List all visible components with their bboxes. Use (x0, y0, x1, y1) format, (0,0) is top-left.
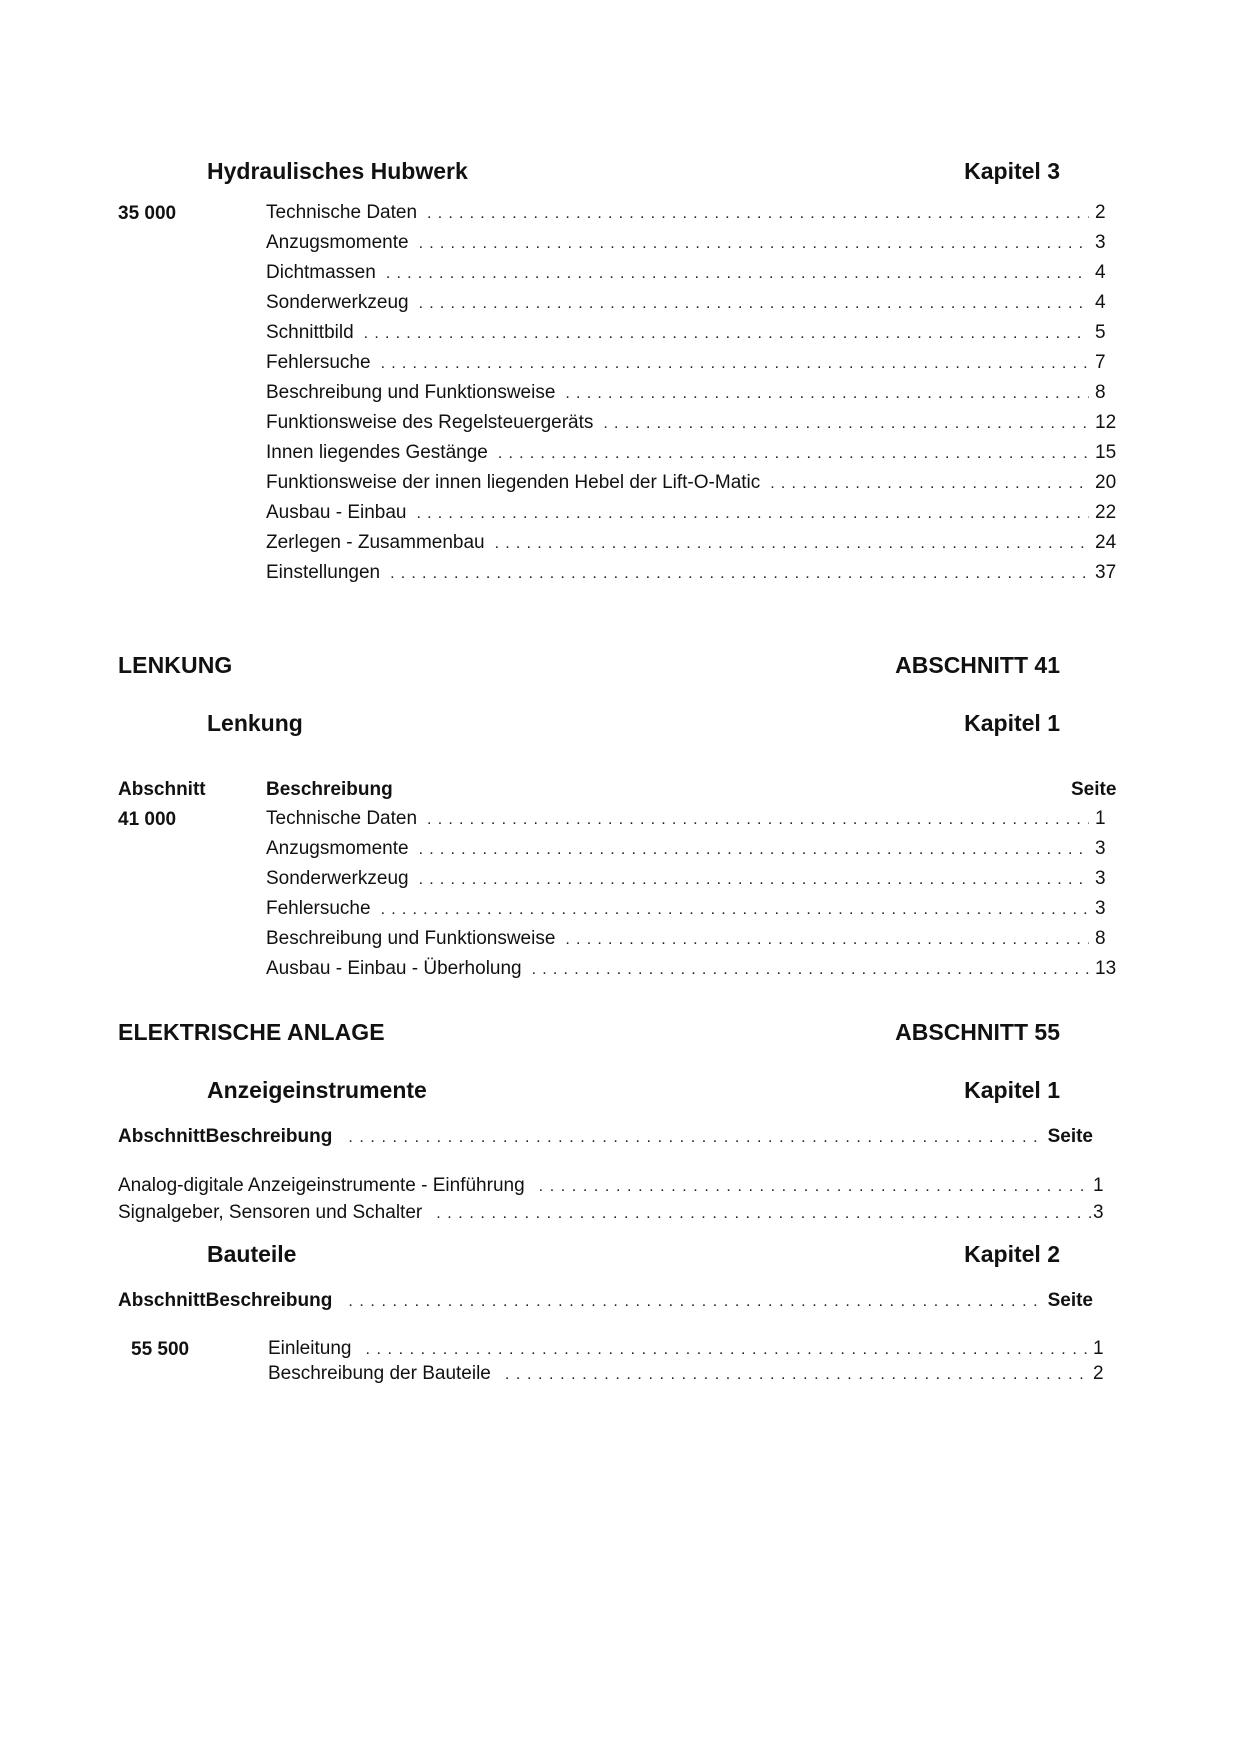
toc-entry-label: Fehlersuche (266, 352, 371, 374)
section-label-55: ABSCHNITT 55 (895, 1019, 1060, 1046)
toc-entry[interactable]: Anzugsmomente...........................… (266, 838, 1121, 860)
toc-entry-label: Ausbau - Einbau (266, 502, 407, 524)
toc-entry-page-number: 3 (1093, 1202, 1107, 1224)
toc-entry[interactable]: Beschreibung der Bauteile...............… (268, 1363, 1107, 1385)
toc-entry-page-number: 3 (1095, 232, 1121, 254)
toc-entry-label: Sonderwerkzeug (266, 868, 409, 890)
toc-entry-label: Schnittbild (266, 322, 354, 344)
toc-entry-label: Zerlegen - Zusammenbau (266, 532, 485, 554)
column-header-abschnitt: Abschnitt (118, 1290, 206, 1312)
chapter-label-hubwerk: Kapitel 3 (964, 158, 1060, 185)
dot-leader: ........................................… (427, 809, 1089, 831)
toc-entry[interactable]: Einstellungen...........................… (266, 562, 1121, 584)
dot-leader: ........................................… (505, 1364, 1091, 1386)
toc-entry[interactable]: Funktionsweise des Regelsteuergeräts....… (266, 412, 1121, 434)
dot-leader: ........................................… (419, 293, 1089, 315)
dot-leader: ........................................… (565, 929, 1089, 951)
toc-entry[interactable]: Technische Daten........................… (266, 808, 1121, 830)
toc-entry-page-number: 4 (1095, 262, 1121, 284)
toc-entry-page-number: 3 (1095, 898, 1121, 920)
column-header-abschnitt: Abschnitt (118, 779, 206, 801)
toc-entry-page-number: 8 (1095, 928, 1121, 950)
dot-leader: ........................................… (348, 1127, 1043, 1149)
dot-leader: ........................................… (498, 443, 1089, 465)
toc-entry-label: Einleitung (268, 1338, 351, 1360)
chapter-label-lenkung: Kapitel 1 (964, 710, 1060, 737)
dot-leader: ........................................… (364, 323, 1089, 345)
chapter-title-anzeigeinstrumente: Anzeigeinstrumente (207, 1077, 427, 1104)
chapter-label-bauteile: Kapitel 2 (964, 1241, 1060, 1268)
toc-entry-page-number: 1 (1093, 1338, 1107, 1360)
dot-leader: ........................................… (365, 1339, 1091, 1361)
column-header-beschreibung: Beschreibung (266, 779, 393, 801)
toc-entry-label: Technische Daten (266, 202, 417, 224)
chapter-label-anzeigeinstrumente: Kapitel 1 (964, 1077, 1060, 1104)
toc-entry-label: Anzugsmomente (266, 232, 409, 254)
dot-leader: ........................................… (539, 1176, 1091, 1198)
toc-entry-label: Analog-digitale Anzeigeinstrumente - Ein… (118, 1175, 525, 1197)
dot-leader: ........................................… (419, 869, 1089, 891)
toc-entry-page-number: 1 (1095, 808, 1121, 830)
column-header-beschreibung: Beschreibung (206, 1290, 333, 1312)
toc-entry-page-number: 7 (1095, 352, 1121, 374)
toc-entry-label: Ausbau - Einbau - Überholung (266, 958, 522, 980)
column-header-abschnitt: Abschnitt (118, 1126, 206, 1148)
toc-entry-label: Technische Daten (266, 808, 417, 830)
toc-entry[interactable]: Sonderwerkzeug..........................… (266, 868, 1121, 890)
dot-leader: ........................................… (495, 533, 1089, 555)
toc-entry-page-number: 2 (1095, 202, 1121, 224)
dot-leader: ........................................… (436, 1203, 1091, 1225)
dot-leader: ........................................… (381, 899, 1089, 921)
toc-entry-page-number: 4 (1095, 292, 1121, 314)
section-code-35000: 35 000 (118, 203, 176, 225)
toc-entry-page-number: 13 (1095, 958, 1121, 980)
dot-leader: ........................................… (417, 503, 1090, 525)
chapter-title-lenkung: Lenkung (207, 710, 303, 737)
dot-leader: ........................................… (419, 839, 1089, 861)
toc-entry[interactable]: Beschreibung und Funktionsweise.........… (266, 382, 1121, 404)
toc-entry-page-number: 5 (1095, 322, 1121, 344)
section-title-elektrik: ELEKTRISCHE ANLAGE (118, 1019, 385, 1046)
toc-entry[interactable]: Technische Daten........................… (266, 202, 1121, 224)
dot-leader: ........................................… (532, 959, 1089, 981)
toc-entry-page-number: 20 (1095, 472, 1121, 494)
toc-entry-page-number: 37 (1095, 562, 1121, 584)
toc-entry-page-number: 22 (1095, 502, 1121, 524)
section-label-41: ABSCHNITT 41 (895, 652, 1060, 679)
toc-entry[interactable]: Innen liegendes Gestänge................… (266, 442, 1121, 464)
toc-entry[interactable]: Zerlegen - Zusammenbau..................… (266, 532, 1121, 554)
toc-entry-page-number: 3 (1095, 868, 1121, 890)
toc-entry-label: Signalgeber, Sensoren und Schalter (118, 1202, 422, 1224)
dot-leader: ........................................… (603, 413, 1089, 435)
toc-entry-page-number: 3 (1095, 838, 1121, 860)
toc-entry-page-number: 12 (1095, 412, 1121, 434)
column-header-seite: Seite (1048, 1126, 1093, 1148)
toc-entry-label: Anzugsmomente (266, 838, 409, 860)
section-code-41000: 41 000 (118, 809, 176, 831)
toc-entry-label: Dichtmassen (266, 262, 376, 284)
toc-entry[interactable]: Signalgeber, Sensoren und Schalter......… (118, 1202, 1107, 1224)
toc-entry-page-number: 1 (1093, 1175, 1107, 1197)
dot-leader: ........................................… (419, 233, 1089, 255)
toc-entry[interactable]: Ausbau - Einbau.........................… (266, 502, 1121, 524)
toc-entry[interactable]: Einleitung..............................… (268, 1338, 1107, 1360)
toc-entry[interactable]: Dichtmassen.............................… (266, 262, 1121, 284)
dot-leader: ........................................… (386, 263, 1089, 285)
toc-entry-label: Innen liegendes Gestänge (266, 442, 488, 464)
dot-leader: ........................................… (348, 1291, 1043, 1313)
toc-entry[interactable]: Schnittbild.............................… (266, 322, 1121, 344)
column-header-row-bauteile: Abschnitt Beschreibung .................… (118, 1290, 1093, 1312)
toc-entry[interactable]: Fehlersuche.............................… (266, 898, 1121, 920)
toc-entry-page-number: 15 (1095, 442, 1121, 464)
toc-entry-label: Funktionsweise der innen liegenden Hebel… (266, 472, 760, 494)
toc-entry[interactable]: Funktionsweise der innen liegenden Hebel… (266, 472, 1121, 494)
dot-leader: ........................................… (565, 383, 1089, 405)
toc-entry-page-number: 24 (1095, 532, 1121, 554)
toc-entry-page-number: 2 (1093, 1363, 1107, 1385)
section-code-55500: 55 500 (131, 1339, 189, 1361)
toc-entry[interactable]: Ausbau - Einbau - Überholung............… (266, 958, 1121, 980)
toc-entry[interactable]: Fehlersuche.............................… (266, 352, 1121, 374)
section-title-lenkung: LENKUNG (118, 652, 232, 679)
chapter-title-hubwerk: Hydraulisches Hubwerk (207, 158, 468, 185)
toc-entry-page-number: 8 (1095, 382, 1121, 404)
toc-entry-label: Beschreibung und Funktionsweise (266, 382, 555, 404)
toc-entry[interactable]: Analog-digitale Anzeigeinstrumente - Ein… (118, 1175, 1107, 1197)
dot-leader: ........................................… (770, 473, 1089, 495)
dot-leader: ........................................… (390, 563, 1089, 585)
dot-leader: ........................................… (427, 203, 1089, 225)
toc-entry-label: Beschreibung der Bauteile (268, 1363, 491, 1385)
chapter-title-bauteile: Bauteile (207, 1241, 296, 1268)
toc-entry-label: Einstellungen (266, 562, 380, 584)
toc-entry[interactable]: Anzugsmomente...........................… (266, 232, 1121, 254)
column-header-seite: Seite (1071, 779, 1116, 801)
toc-entry-label: Funktionsweise des Regelsteuergeräts (266, 412, 593, 434)
toc-entry[interactable]: Sonderwerkzeug..........................… (266, 292, 1121, 314)
toc-entry[interactable]: Beschreibung und Funktionsweise.........… (266, 928, 1121, 950)
column-header-beschreibung: Beschreibung (206, 1126, 333, 1148)
dot-leader: ........................................… (381, 353, 1089, 375)
column-header-row-anzeigeinstrumente: Abschnitt Beschreibung .................… (118, 1126, 1093, 1148)
toc-entry-label: Beschreibung und Funktionsweise (266, 928, 555, 950)
toc-entry-label: Sonderwerkzeug (266, 292, 409, 314)
toc-entry-label: Fehlersuche (266, 898, 371, 920)
column-header-seite: Seite (1048, 1290, 1093, 1312)
